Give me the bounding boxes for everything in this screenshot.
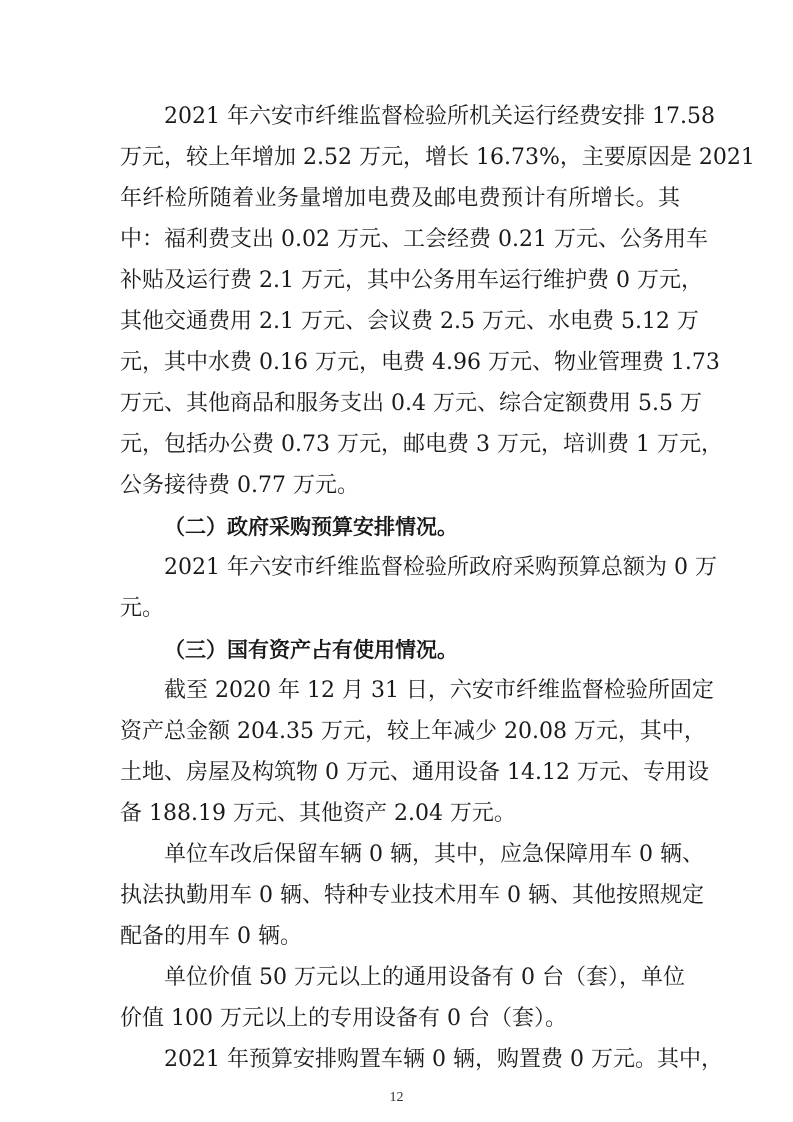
paragraph-line: 其他交通费用 2.1 万元、会议费 2.5 万元、水电费 5.12 万 (120, 307, 680, 337)
paragraph-line: 价值 100 万元以上的专用设备有 0 台（套）。 (120, 1004, 680, 1034)
paragraph-line: 元，其中水费 0.16 万元，电费 4.96 万元、物业管理费 1.73 (120, 348, 680, 378)
paragraph-line: 元，包括办公费 0.73 万元，邮电费 3 万元，培训费 1 万元， (120, 430, 680, 460)
paragraph-line: 万元，较上年增加 2.52 万元，增长 16.73%，主要原因是 2021 (120, 143, 680, 173)
paragraph-line: 2021 年预算安排购置车辆 0 辆，购置费 0 万元。其中， (164, 1045, 680, 1075)
paragraph-line: 万元、其他商品和服务支出 0.4 万元、综合定额费用 5.5 万 (120, 389, 680, 419)
paragraph-line: 单位价值 50 万元以上的通用设备有 0 台（套），单位 (164, 963, 680, 993)
paragraph-line: 备 188.19 万元、其他资产 2.04 万元。 (120, 799, 680, 829)
paragraph-line: 资产总金额 204.35 万元，较上年减少 20.08 万元，其中， (120, 717, 680, 747)
document-page: 2021 年六安市纤维监督检验所机关运行经费安排 17.58 万元，较上年增加 … (0, 0, 793, 1122)
paragraph-line: 单位车改后保留车辆 0 辆，其中，应急保障用车 0 辆、 (164, 840, 680, 870)
paragraph-line: 2021 年六安市纤维监督检验所机关运行经费安排 17.58 (164, 102, 680, 132)
paragraph-line: 截至 2020 年 12 月 31 日，六安市纤维监督检验所固定 (164, 676, 680, 706)
section-heading-assets: （三）国有资产占有使用情况。 (164, 635, 680, 665)
paragraph-line: 公务接待费 0.77 万元。 (120, 471, 680, 501)
paragraph-line: 执法执勤用车 0 辆、特种专业技术用车 0 辆、其他按照规定 (120, 881, 680, 911)
paragraph-line: 2021 年六安市纤维监督检验所政府采购预算总额为 0 万 (164, 553, 680, 583)
paragraph-line: 配备的用车 0 辆。 (120, 922, 680, 952)
paragraph-line: 中：福利费支出 0.02 万元、工会经费 0.21 万元、公务用车 (120, 225, 680, 255)
paragraph-line: 年纤检所随着业务量增加电费及邮电费预计有所增长。其 (120, 184, 680, 214)
section-heading-procurement: （二）政府采购预算安排情况。 (164, 512, 680, 542)
page-number: 12 (0, 1090, 793, 1106)
paragraph-line: 补贴及运行费 2.1 万元，其中公务用车运行维护费 0 万元， (120, 266, 680, 296)
paragraph-line: 土地、房屋及构筑物 0 万元、通用设备 14.12 万元、专用设 (120, 758, 680, 788)
paragraph-line: 元。 (120, 594, 680, 624)
